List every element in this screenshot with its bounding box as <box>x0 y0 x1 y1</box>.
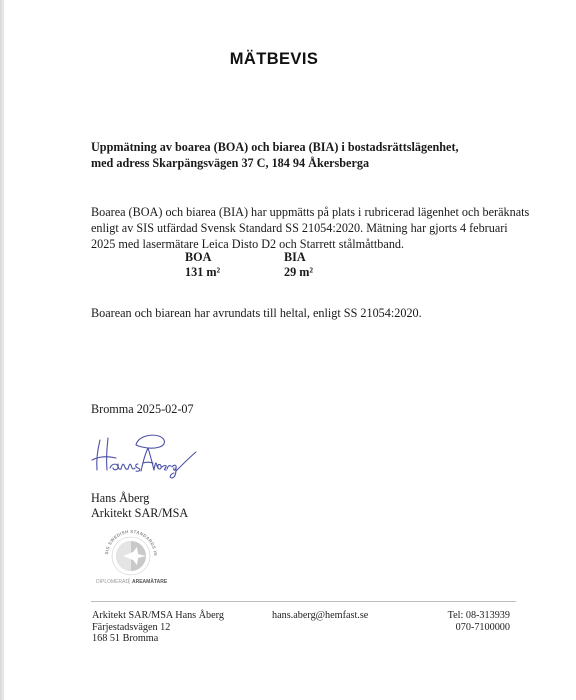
bia-label: BIA <box>284 250 313 265</box>
body-line: Boarea (BOA) och biarea (BIA) har uppmät… <box>91 204 531 220</box>
signer-block: Hans Åberg Arkitekt SAR/MSA <box>91 491 188 521</box>
footer-address-line: Färjestadsvägen 12 <box>92 622 224 634</box>
footer-email[interactable]: hans.aberg@hemfast.se <box>272 610 368 622</box>
footer-address-line: 168 51 Bromma <box>92 633 224 645</box>
page-edge <box>0 0 4 700</box>
footer-phone-line: 070-7100000 <box>420 622 510 634</box>
seal-caption-right: AREAMÄTARE <box>132 578 168 585</box>
measurement-description: Boarea (BOA) och biarea (BIA) har uppmät… <box>91 204 531 252</box>
footer-address-line: Arkitekt SAR/MSA Hans Åberg <box>92 610 224 622</box>
document-title: MÄTBEVIS <box>0 50 548 69</box>
subject-line: med adress Skarpängsvägen 37 C, 184 94 Å… <box>91 155 521 171</box>
place-and-date: Bromma 2025-02-07 <box>91 402 194 417</box>
footer-phone: Tel: 08-313939 070-7100000 <box>420 610 510 633</box>
sis-certification-seal-icon: SIS SWEDISH STANDARDS INSTITUTE DIPLOMER… <box>91 530 171 586</box>
signer-title: Arkitekt SAR/MSA <box>91 506 188 521</box>
boa-measurement: BOA 131 m² <box>185 250 220 280</box>
signature-icon <box>88 430 198 480</box>
document-subject: Uppmätning av boarea (BOA) och biarea (B… <box>91 139 521 171</box>
bia-measurement: BIA 29 m² <box>284 250 313 280</box>
rounding-note: Boarean och biarean har avrundats till h… <box>91 306 422 321</box>
footer-address: Arkitekt SAR/MSA Hans Åberg Färjestadsvä… <box>92 610 224 645</box>
bia-value: 29 m² <box>284 265 313 280</box>
subject-line: Uppmätning av boarea (BOA) och biarea (B… <box>91 139 521 155</box>
seal-caption-left: DIPLOMERAD <box>96 579 129 585</box>
body-line: enligt av SIS utfärdad Svensk Standard S… <box>91 220 531 236</box>
boa-label: BOA <box>185 250 220 265</box>
footer-divider <box>91 601 516 602</box>
signer-name: Hans Åberg <box>91 491 188 506</box>
footer-phone-line: Tel: 08-313939 <box>420 610 510 622</box>
boa-value: 131 m² <box>185 265 220 280</box>
